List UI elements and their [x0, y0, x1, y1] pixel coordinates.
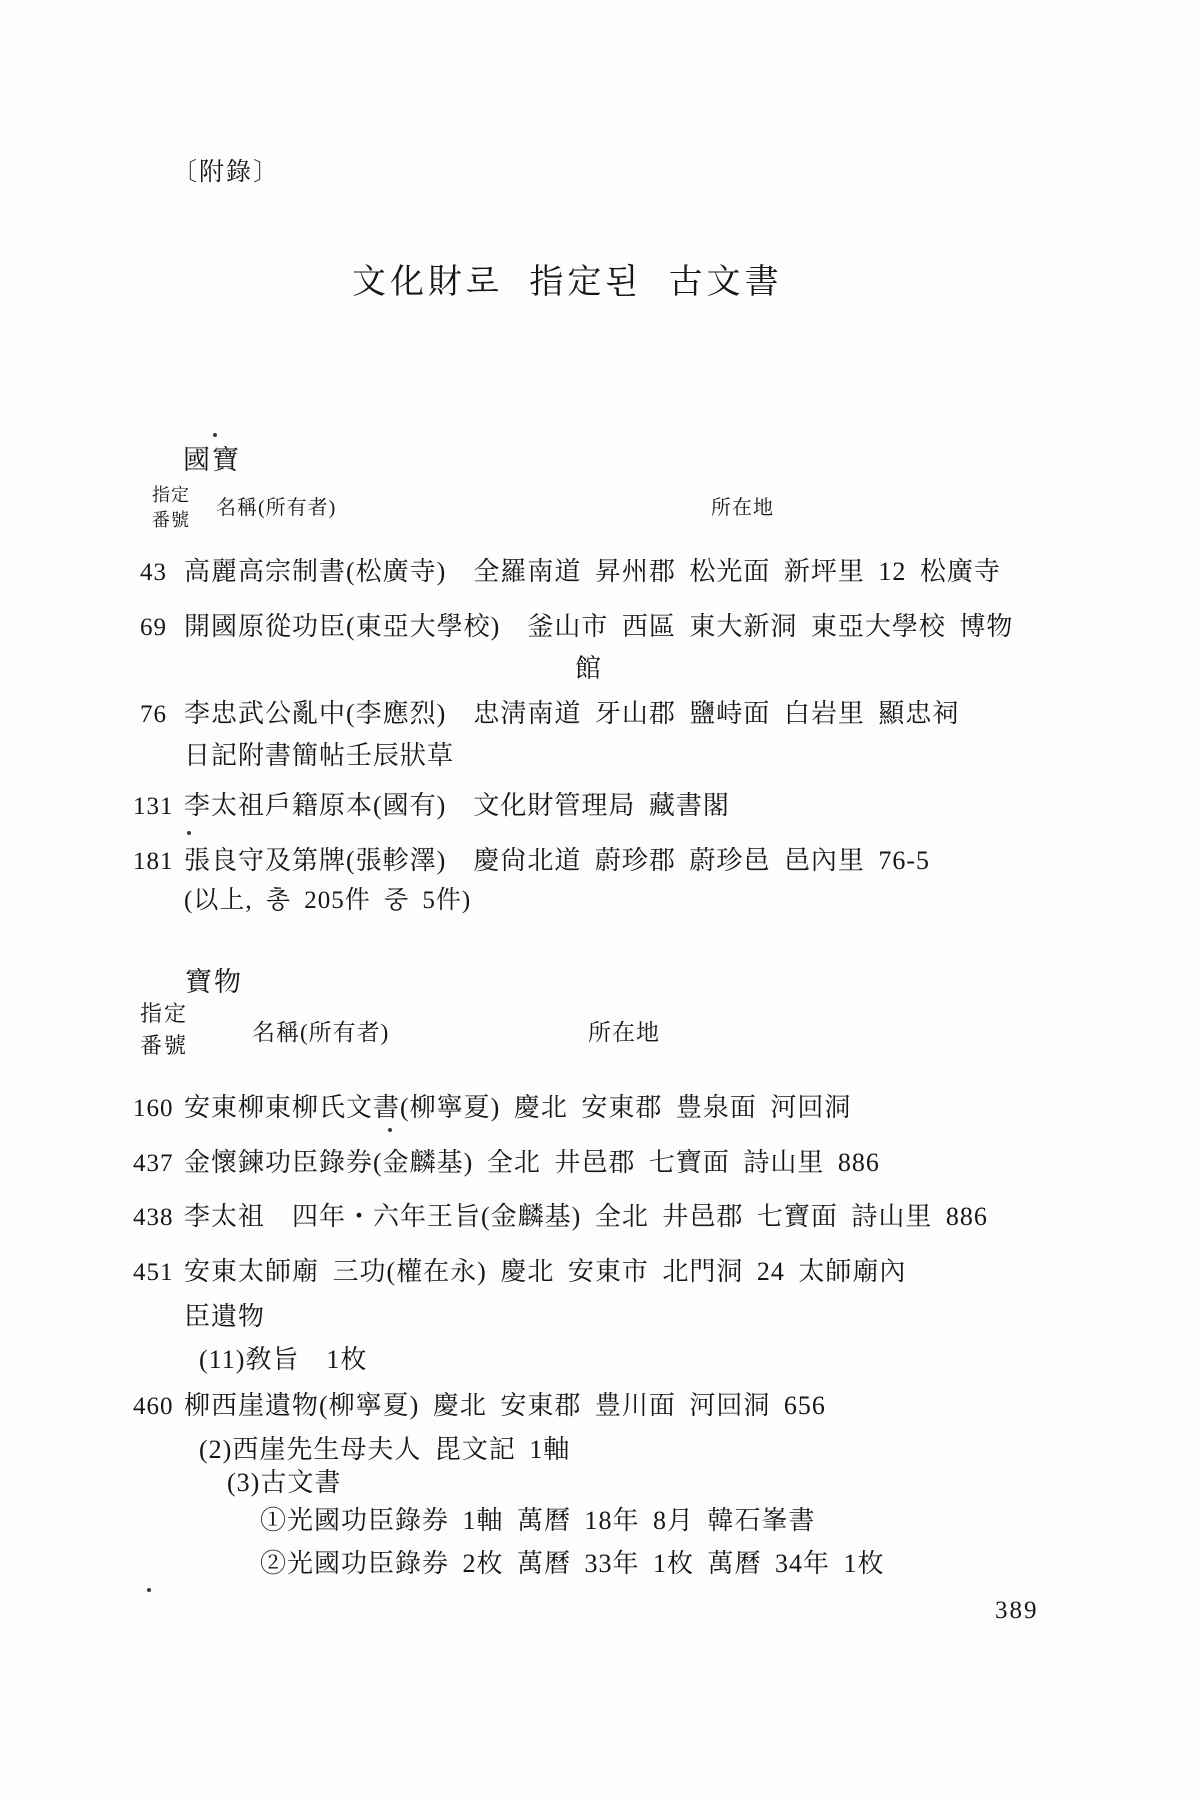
- column-header-name-owner: 名稱(所有者): [252, 1019, 389, 1047]
- column-header-location: 所在地: [588, 1019, 660, 1047]
- row-text: 李太祖 四年・六年王旨(金麟基) 全北 井邑郡 七寶面 詩山里 886: [184, 1201, 988, 1232]
- row-sub-item: ②光國功臣錄券 2枚 萬曆 33年 1枚 萬曆 34年 1枚: [260, 1548, 885, 1579]
- row-text: 張良守及第牌(張軫澤) 慶尙北道 蔚珍郡 蔚珍邑 邑內里 76-5: [184, 845, 930, 876]
- scan-artifact-dot: [187, 831, 191, 835]
- row-number: 438: [133, 1203, 174, 1233]
- column-header-designation-no-line2: 番號: [152, 510, 190, 532]
- section-title-treasures: 寶物: [185, 966, 243, 998]
- row-number: 460: [133, 1392, 174, 1422]
- row-text: 李忠武公亂中(李應烈) 忠淸南道 牙山郡 鹽峙面 白岩里 顯忠祠: [184, 698, 959, 729]
- row-text: 高麗高宗制書(松廣寺) 全羅南道 昇州郡 松光面 新坪里 12 松廣寺: [184, 556, 1001, 587]
- row-number: 69: [140, 613, 167, 643]
- row-number: 451: [133, 1258, 174, 1288]
- scan-artifact-dot: [213, 433, 217, 437]
- row-number: 181: [133, 847, 174, 877]
- row-number: 437: [133, 1149, 174, 1179]
- row-number: 76: [140, 700, 167, 730]
- column-header-location: 所在地: [711, 496, 774, 520]
- row-number: 131: [133, 792, 174, 822]
- row-text: 金懷鍊功臣錄券(金麟基) 全北 井邑郡 七寶面 詩山里 886: [184, 1147, 880, 1178]
- scan-artifact-dot: [147, 1588, 151, 1592]
- row-number: 43: [140, 558, 167, 588]
- appendix-label: 〔附錄〕: [172, 158, 280, 188]
- section-title-national-treasures: 國寶: [183, 444, 241, 476]
- row-text: 安東太師廟 三功(權在永) 慶北 安東市 北門洞 24 太師廟內: [184, 1256, 906, 1287]
- column-header-designation-no-line1: 指定: [152, 485, 190, 507]
- row-text: 安東柳東柳氏文書(柳寧夏) 慶北 安東郡 豊泉面 河回洞: [184, 1092, 851, 1123]
- row-number: 160: [133, 1094, 174, 1124]
- column-header-name-owner: 名稱(所有者): [216, 496, 336, 520]
- row-text-continuation: 日記附書簡帖壬辰狀草: [184, 740, 454, 771]
- page-number: 389: [995, 1596, 1039, 1626]
- page-title: 文化財로 指定된 古文書: [352, 263, 783, 304]
- row-text-continuation: 館: [575, 653, 602, 684]
- row-text: 柳西崖遺物(柳寧夏) 慶北 安東郡 豊川面 河回洞 656: [184, 1390, 826, 1421]
- row-sub-item: (2)西崖先生母夫人 毘文記 1軸: [199, 1434, 570, 1465]
- row-text: 李太祖戶籍原本(國有) 文化財管理局 藏書閣: [184, 790, 730, 821]
- section-summary-note: (以上, 총 205件 중 5件): [184, 886, 471, 916]
- row-sub-item: (11)敎旨 1枚: [199, 1344, 367, 1375]
- scan-artifact-dot: [388, 1128, 392, 1132]
- column-header-designation-no-line2: 番號: [140, 1033, 188, 1059]
- row-text-continuation: 臣遺物: [184, 1301, 265, 1332]
- column-header-designation-no-line1: 指定: [140, 1001, 188, 1027]
- scanned-document-page: 〔附錄〕 文化財로 指定된 古文書 國寶 指定 番號 名稱(所有者) 所在地 4…: [0, 0, 1200, 1800]
- row-text: 開國原從功臣(東亞大學校) 釜山市 西區 東大新洞 東亞大學校 博物: [184, 611, 1013, 642]
- row-sub-item: (3)古文書: [227, 1467, 341, 1498]
- row-sub-item: ①光國功臣錄券 1軸 萬曆 18年 8月 韓石峯書: [260, 1505, 816, 1536]
